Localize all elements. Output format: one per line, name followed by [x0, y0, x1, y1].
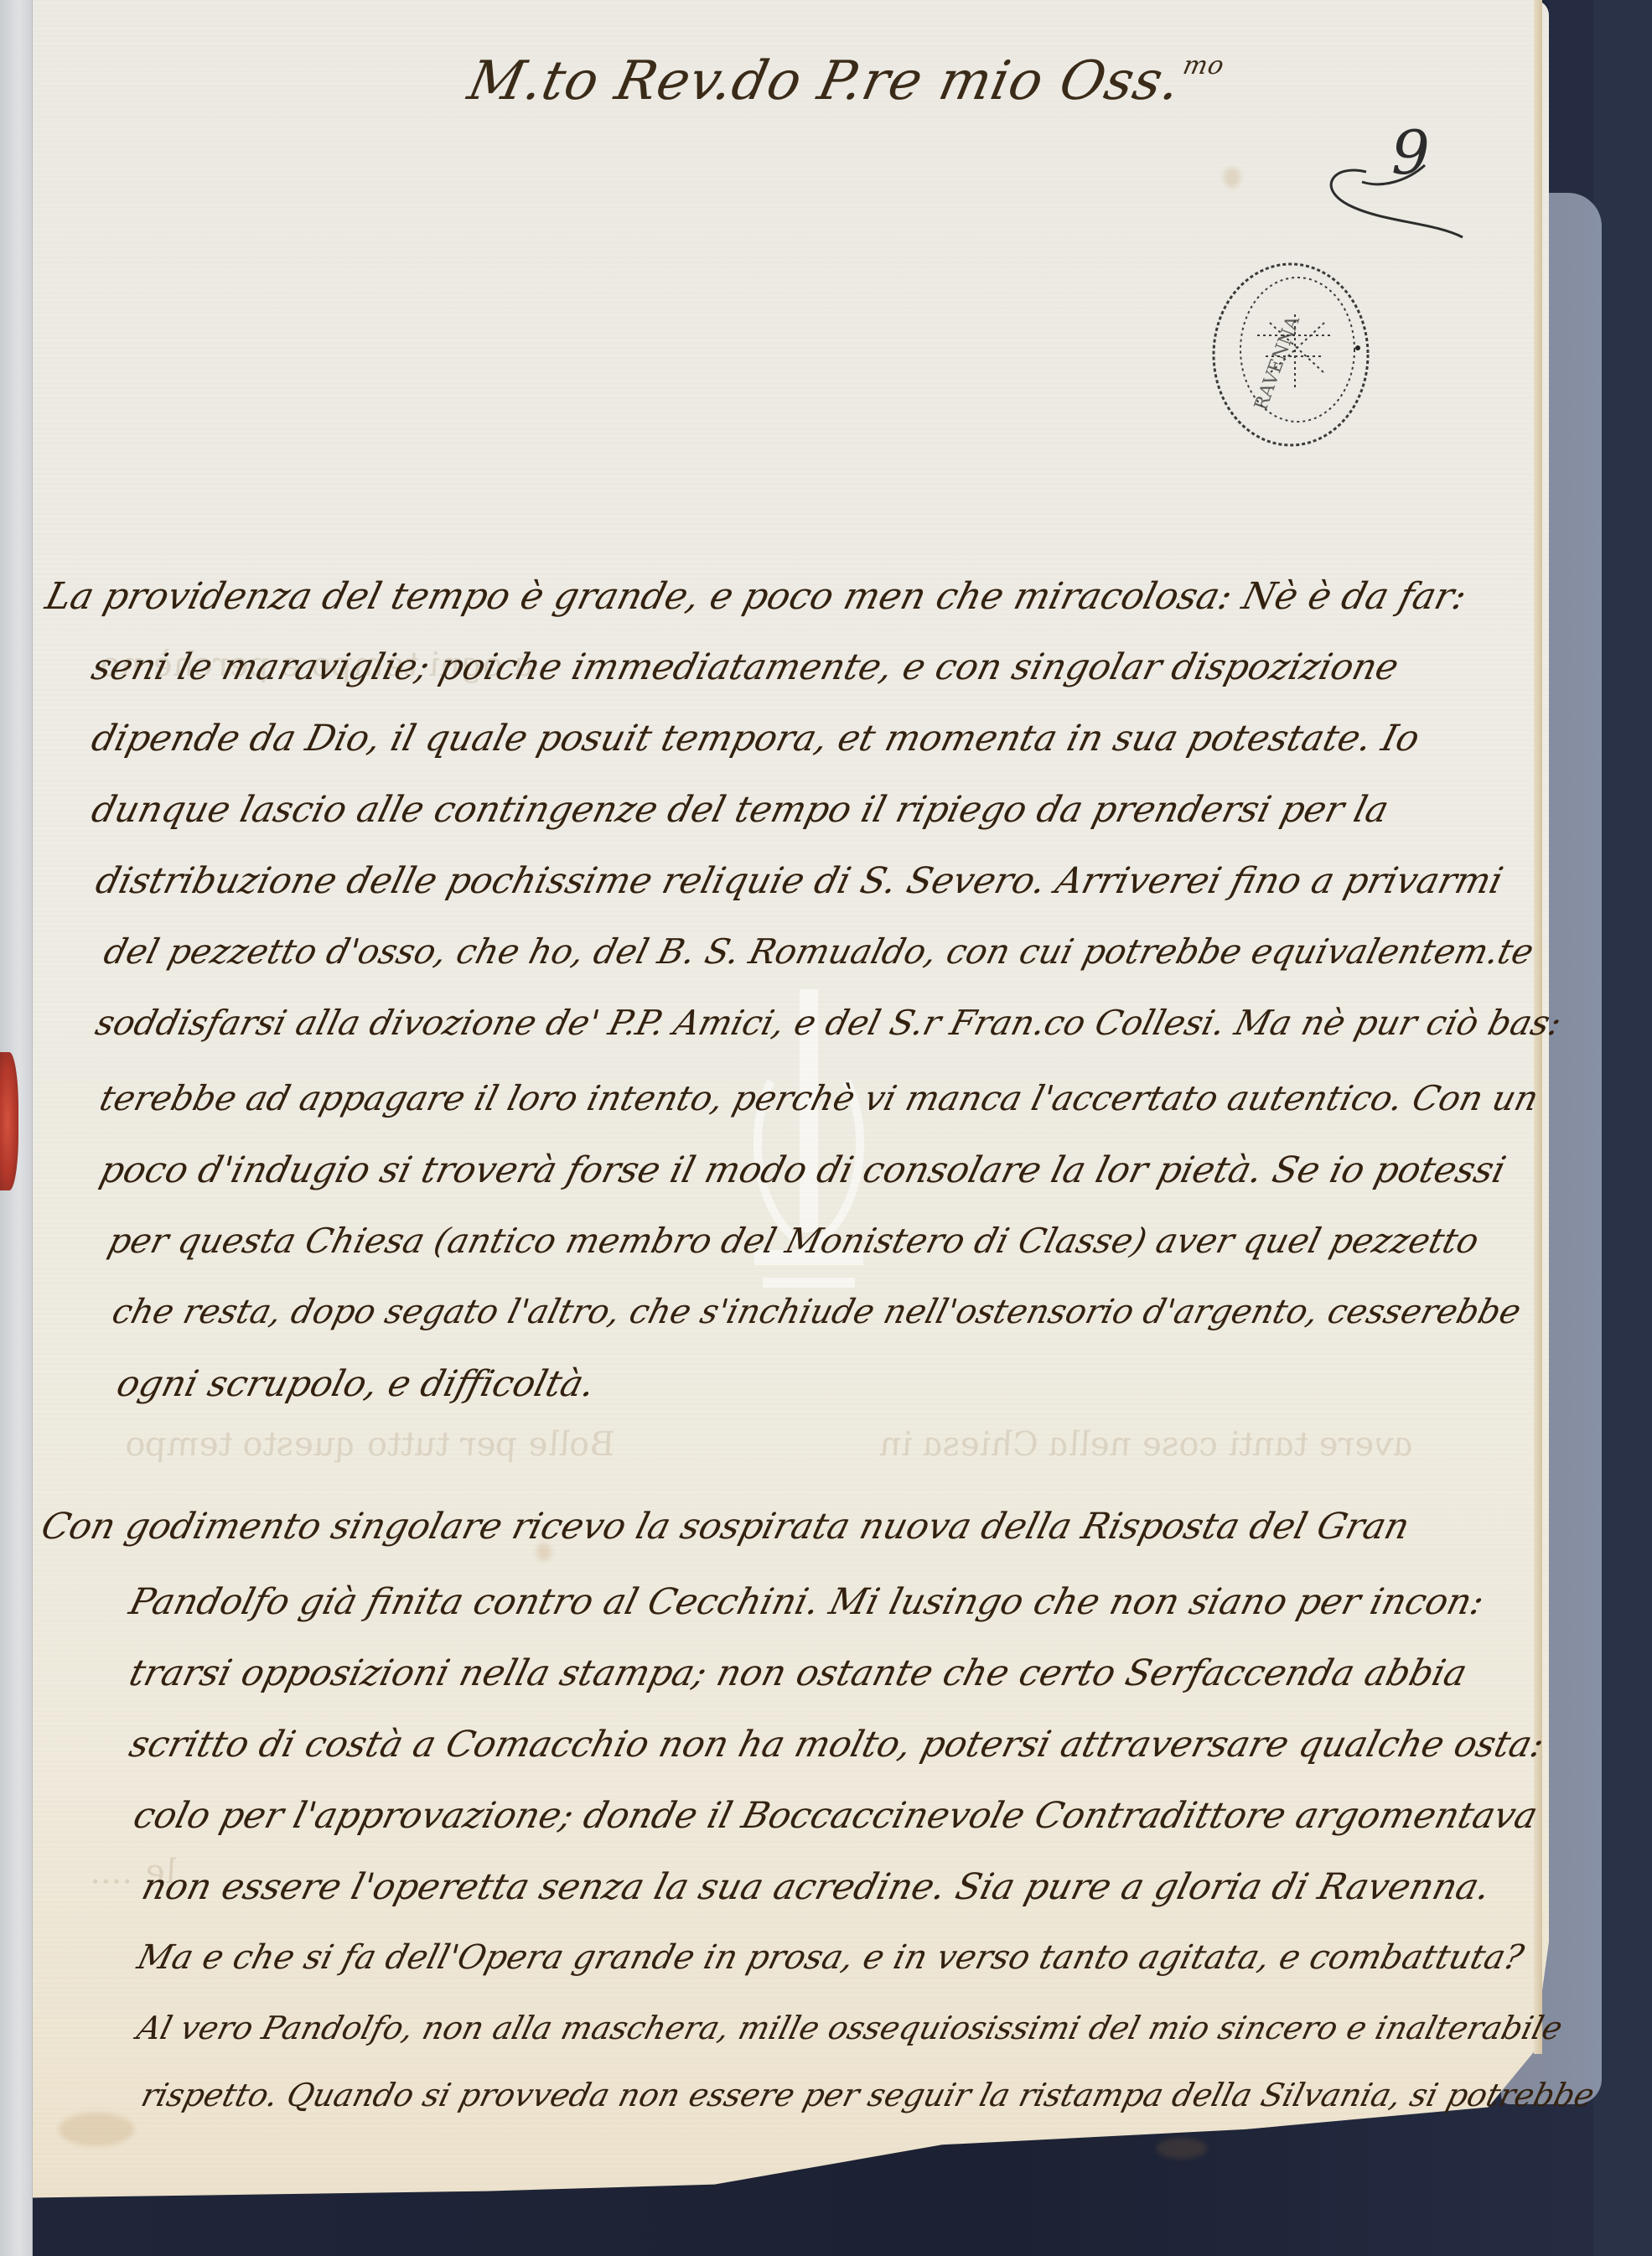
text-line: per questa Chiesa (antico membro del Mon… [105, 1224, 1482, 1258]
text-line: che resta, dopo segato l'altro, che s'in… [109, 1295, 1524, 1329]
text-line: Ma e che si fa dell'Opera grande in pros… [134, 1941, 1527, 1974]
text-line: La providenza del tempo è grande, e poco… [42, 578, 1470, 615]
text-line: dunque lascio alle contingenze del tempo… [88, 792, 1392, 828]
text-line: poco d'indugio si troverà forse il modo … [96, 1153, 1509, 1189]
text-line: non essere l'operetta senza la sua acred… [138, 1870, 1494, 1906]
text-line: del pezzetto d'osso, che ho, del B. S. R… [101, 935, 1537, 969]
text-line: distribuzione delle pochissime reliquie … [92, 864, 1506, 900]
text-line: colo per l'approvazione; donde il Boccac… [130, 1798, 1541, 1834]
text-line: seni le maraviglie; poiche immediatament… [88, 650, 1402, 686]
text-line: soddisfarsi alla divozione de' P.P. Amic… [92, 1006, 1565, 1040]
text-line: Pandolfo già finita contro al Cecchini. … [126, 1584, 1488, 1621]
text-line: Al vero Pandolfo, non alla maschera, mil… [134, 2012, 1566, 2044]
letter-body: La providenza del tempo è grande, e poco… [0, 0, 1652, 2256]
text-line: ogni scrupolo, e difficoltà. [113, 1367, 598, 1403]
text-line: scritto di costà a Comacchio non ha molt… [126, 1727, 1548, 1763]
text-line: Con godimento singolare ricevo la sospir… [38, 1509, 1413, 1545]
text-line: rispetto. Quando si provveda non essere … [138, 2079, 1598, 2111]
text-line: trarsi opposizioni nella stampa; non ost… [126, 1656, 1470, 1692]
text-line: terebbe ad appagare il loro intento, per… [96, 1081, 1541, 1116]
text-line: dipende da Dio, il quale posuit tempora,… [88, 721, 1423, 757]
